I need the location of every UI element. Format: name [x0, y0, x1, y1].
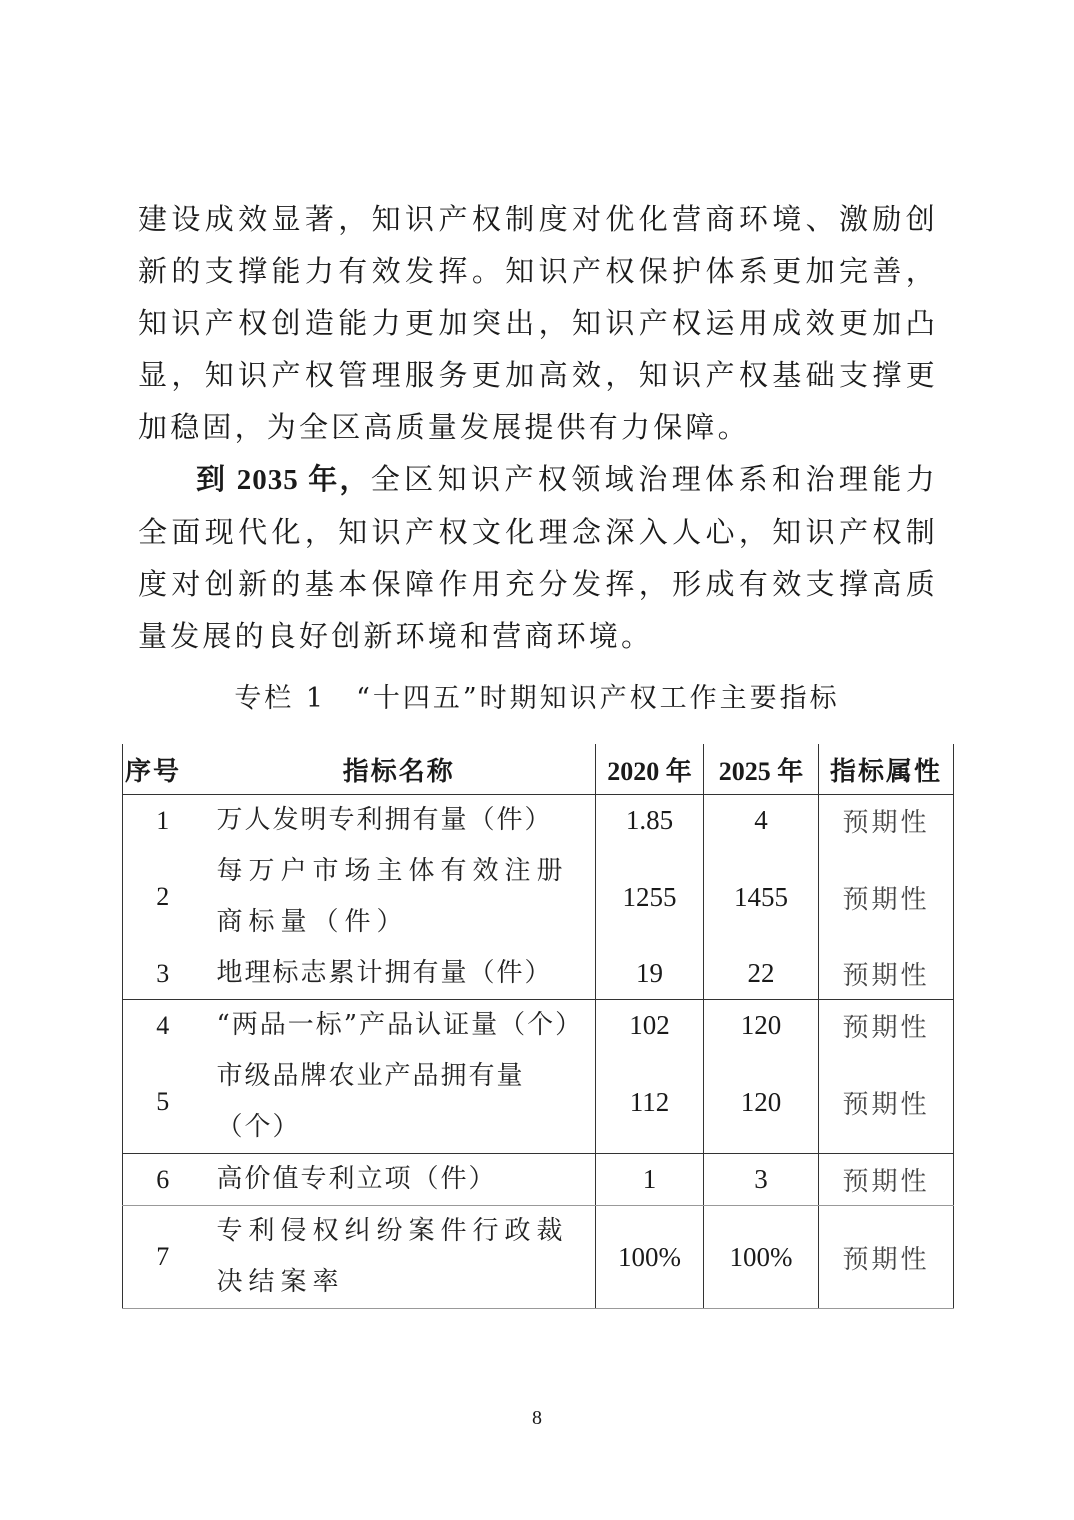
cell-2020: 1255 — [596, 846, 704, 948]
cell-2025: 1455 — [704, 846, 819, 948]
cell-attribute: 预期性 — [819, 1000, 954, 1052]
cell-2020: 100% — [596, 1206, 704, 1309]
body-paragraph-goals-2035: 到 2035 年，全区知识产权领域治理体系和治理能力全面现代化，知识产权文化理念… — [138, 453, 938, 662]
header-name: 指标名称 — [203, 744, 596, 795]
cell-seq: 5 — [123, 1051, 203, 1154]
cell-name: 每万户市场主体有效注册商标量（件） — [203, 846, 596, 948]
cell-attribute: 预期性 — [819, 846, 954, 948]
header-attribute: 指标属性 — [819, 744, 954, 795]
cell-2020: 19 — [596, 948, 704, 1000]
cell-2025: 120 — [704, 1051, 819, 1154]
cell-attribute: 预期性 — [819, 1051, 954, 1154]
cell-name: 市级品牌农业产品拥有量（个） — [203, 1051, 596, 1154]
table-row: 4 “两品一标”产品认证量（个） 102 120 预期性 — [123, 1000, 954, 1052]
cell-attribute: 预期性 — [819, 1154, 954, 1206]
cell-2025: 3 — [704, 1154, 819, 1206]
cell-attribute: 预期性 — [819, 795, 954, 847]
paragraph-text: 建设成效显著，知识产权制度对优化营商环境、激励创新的支撑能力有效发挥。知识产权保… — [138, 202, 938, 444]
table-row: 2 每万户市场主体有效注册商标量（件） 1255 1455 预期性 — [123, 846, 954, 948]
cell-2020: 102 — [596, 1000, 704, 1052]
cell-attribute: 预期性 — [819, 1206, 954, 1309]
cell-seq: 6 — [123, 1154, 203, 1206]
indicators-table: 序号 指标名称 2020 年 2025 年 指标属性 1 万人发明专利拥有量（件… — [122, 744, 954, 1309]
page-number: 8 — [0, 1407, 1074, 1430]
cell-2020: 112 — [596, 1051, 704, 1154]
table-row: 6 高价值专利立项（件） 1 3 预期性 — [123, 1154, 954, 1206]
cell-seq: 2 — [123, 846, 203, 948]
cell-attribute: 预期性 — [819, 948, 954, 1000]
cell-name: 万人发明专利拥有量（件） — [203, 795, 596, 847]
header-seq: 序号 — [123, 744, 203, 795]
cell-name: 地理标志累计拥有量（件） — [203, 948, 596, 1000]
cell-2025: 120 — [704, 1000, 819, 1052]
cell-2025: 100% — [704, 1206, 819, 1309]
table-row: 5 市级品牌农业产品拥有量（个） 112 120 预期性 — [123, 1051, 954, 1154]
table-row: 1 万人发明专利拥有量（件） 1.85 4 预期性 — [123, 795, 954, 847]
cell-seq: 7 — [123, 1206, 203, 1309]
table-row: 7 专利侵权纠纷案件行政裁决结案率 100% 100% 预期性 — [123, 1206, 954, 1309]
cell-2025: 4 — [704, 795, 819, 847]
cell-2020: 1.85 — [596, 795, 704, 847]
cell-seq: 1 — [123, 795, 203, 847]
table-caption: 专栏 1 “十四五”时期知识产权工作主要指标 — [0, 676, 1074, 715]
table-row: 3 地理标志累计拥有量（件） 19 22 预期性 — [123, 948, 954, 1000]
paragraph-lead-bold: 到 2035 年， — [196, 464, 371, 496]
cell-2020: 1 — [596, 1154, 704, 1206]
cell-name: 专利侵权纠纷案件行政裁决结案率 — [203, 1206, 596, 1309]
cell-name: “两品一标”产品认证量（个） — [203, 1000, 596, 1052]
body-paragraph-goals-2025: 建设成效显著，知识产权制度对优化营商环境、激励创新的支撑能力有效发挥。知识产权保… — [138, 193, 938, 453]
cell-seq: 3 — [123, 948, 203, 1000]
cell-2025: 22 — [704, 948, 819, 1000]
cell-seq: 4 — [123, 1000, 203, 1052]
cell-name: 高价值专利立项（件） — [203, 1154, 596, 1206]
header-2020: 2020 年 — [596, 744, 704, 795]
table-header-row: 序号 指标名称 2020 年 2025 年 指标属性 — [123, 744, 954, 795]
header-2025: 2025 年 — [704, 744, 819, 795]
